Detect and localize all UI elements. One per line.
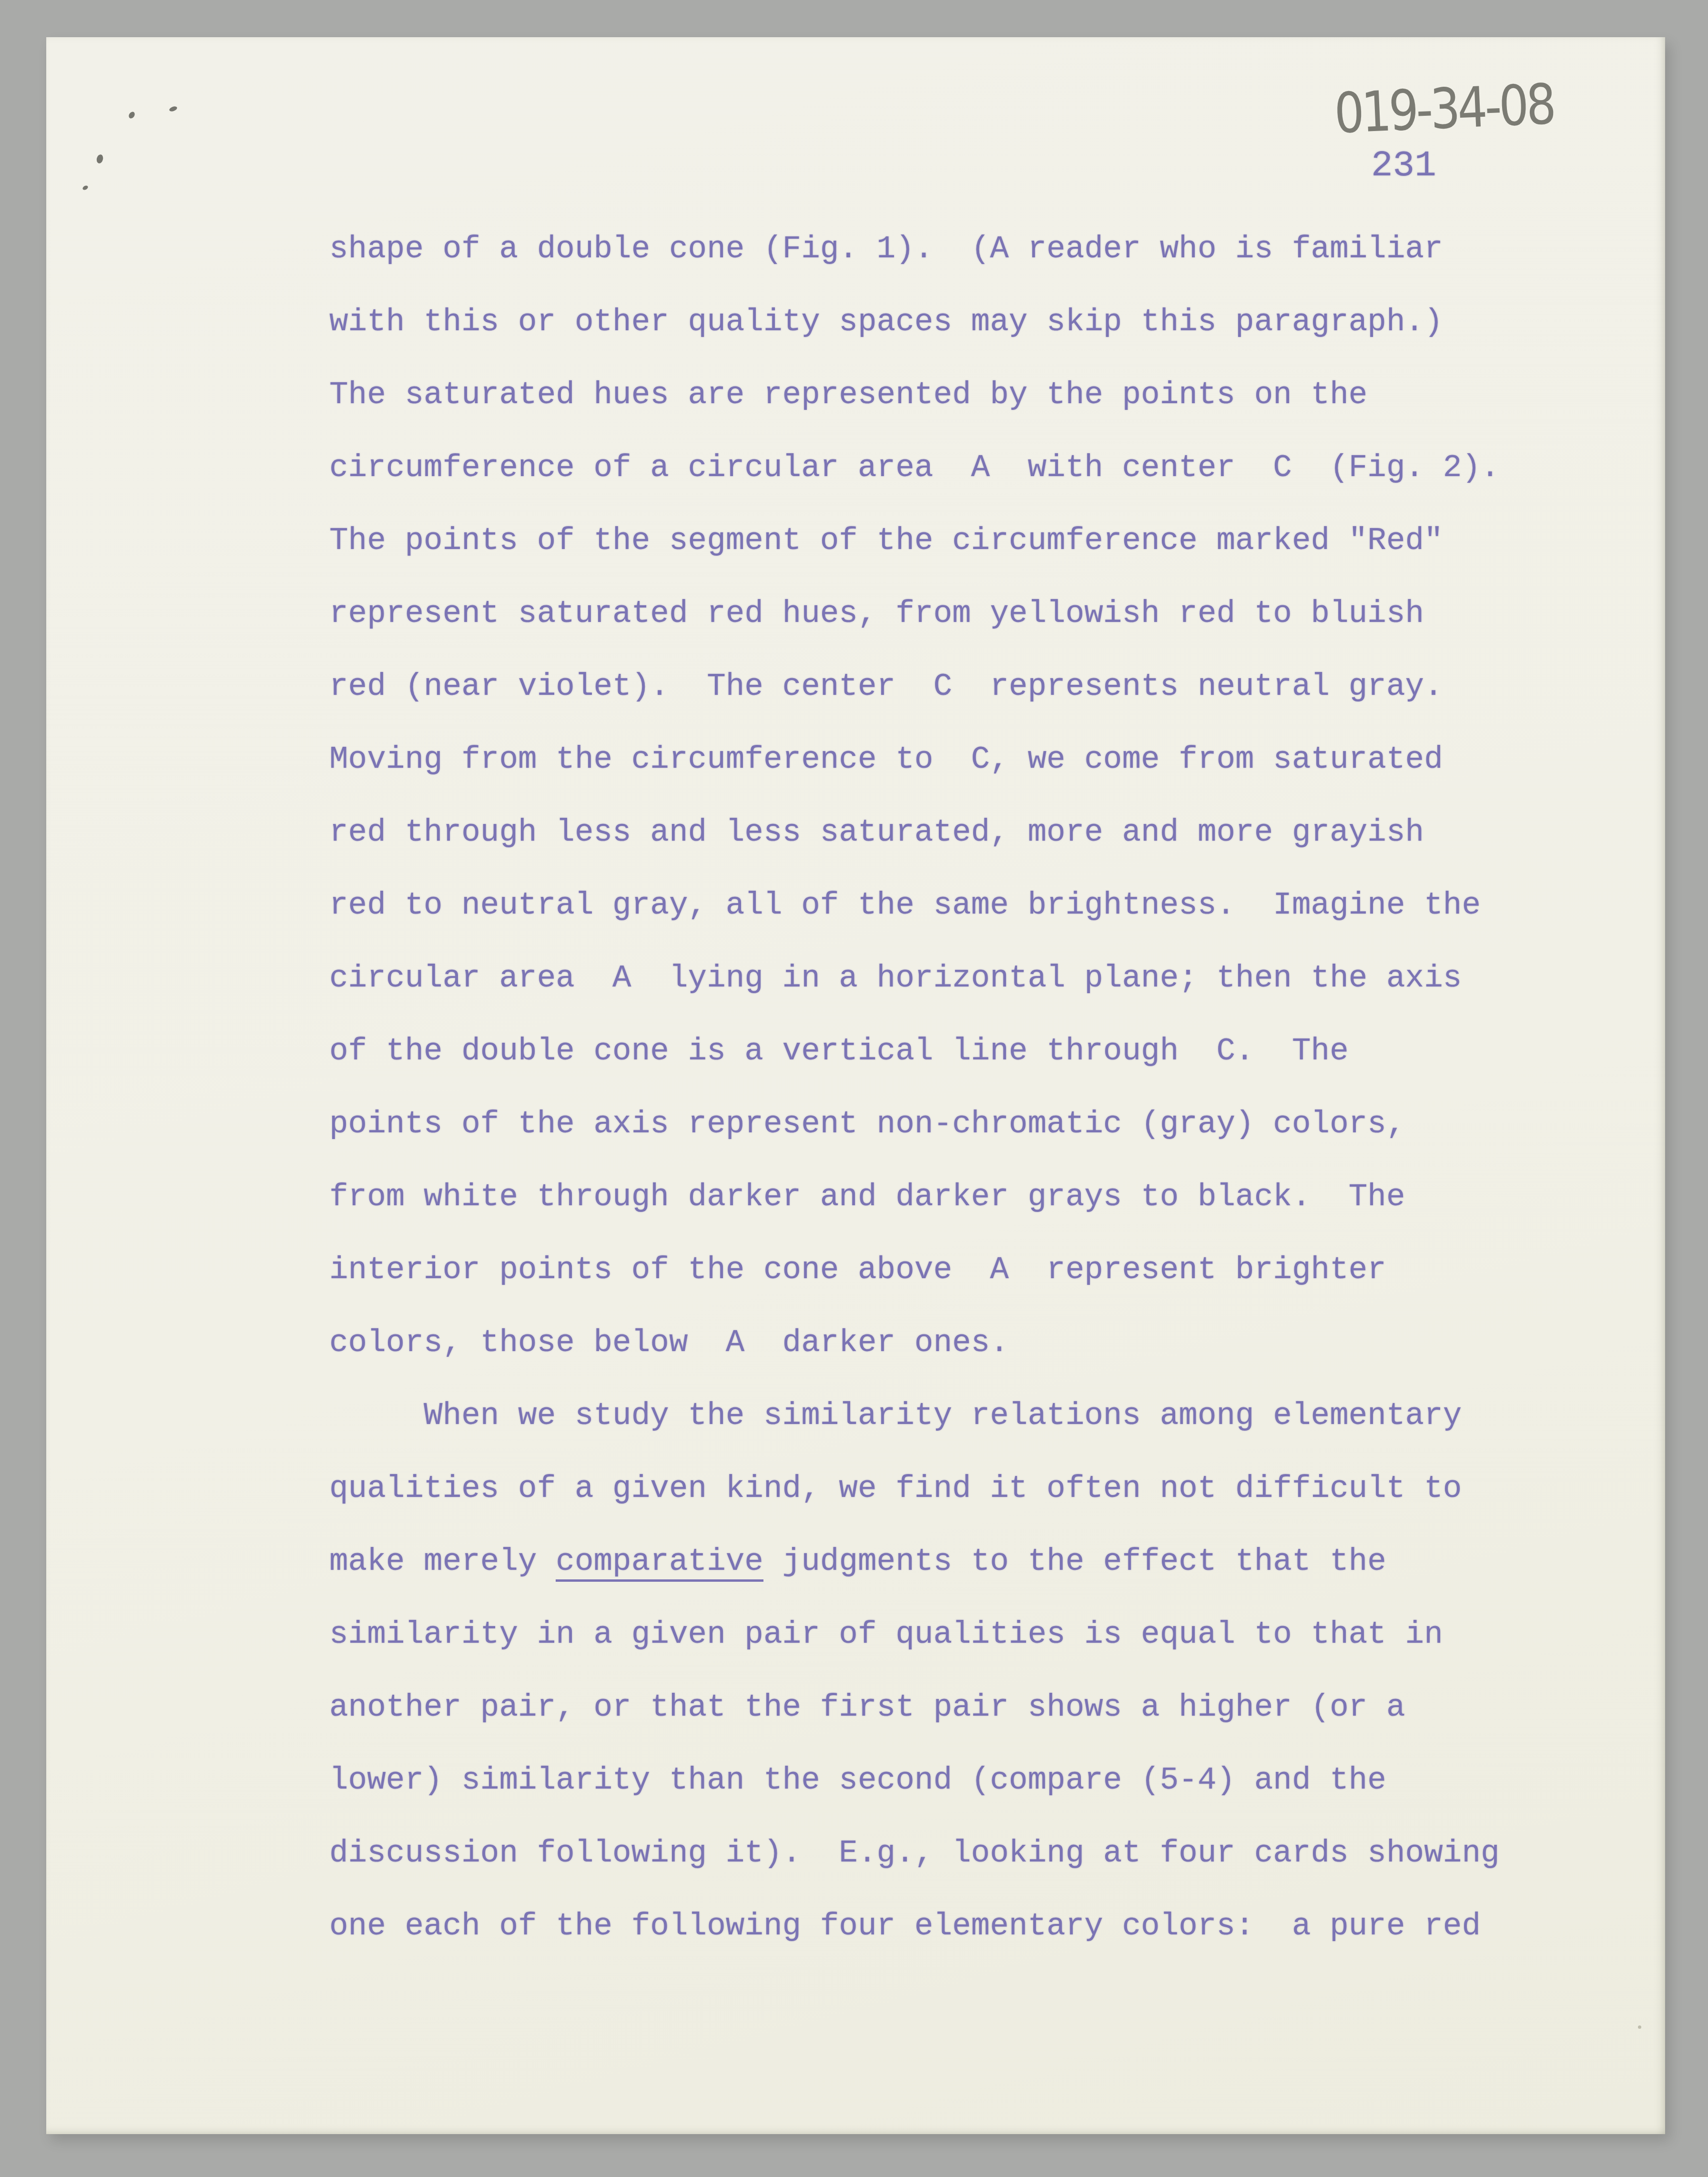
typed-line: qualities of a given kind, we find it of…	[329, 1452, 1500, 1525]
typed-text: red to neutral gray, all of the same bri…	[329, 887, 1481, 923]
typed-text: The saturated hues are represented by th…	[329, 377, 1367, 413]
manuscript-page: 019-34-08 231 shape of a double cone (Fi…	[46, 37, 1665, 2134]
typed-line: make merely comparative judgments to the…	[329, 1525, 1500, 1598]
ink-speck	[96, 154, 104, 164]
typed-text: with this or other quality spaces may sk…	[329, 304, 1443, 340]
typed-text: discussion following it). E.g., looking …	[329, 1835, 1500, 1871]
typed-line: circumference of a circular area A with …	[329, 431, 1500, 504]
typed-line: another pair, or that the first pair sho…	[329, 1671, 1500, 1744]
typed-line: represent saturated red hues, from yello…	[329, 577, 1500, 650]
typed-text: lower) similarity than the second (compa…	[329, 1762, 1386, 1798]
underlined-word: comparative	[556, 1544, 763, 1582]
typed-line: discussion following it). E.g., looking …	[329, 1817, 1500, 1890]
typed-line: with this or other quality spaces may sk…	[329, 285, 1500, 358]
typed-text: Moving from the circumference to C, we c…	[329, 742, 1443, 777]
typed-text: The points of the segment of the circumf…	[329, 523, 1443, 559]
typed-text: circular area A lying in a horizontal pl…	[329, 960, 1462, 996]
typed-line: interior points of the cone above A repr…	[329, 1233, 1500, 1306]
typed-line: points of the axis represent non-chromat…	[329, 1088, 1500, 1160]
typed-line: from white through darker and darker gra…	[329, 1160, 1500, 1233]
scan-background: { "page": { "annotation": "019-34-08", "…	[0, 0, 1708, 2177]
ink-speck	[82, 185, 89, 191]
typed-text: similarity in a given pair of qualities …	[329, 1617, 1443, 1652]
handwritten-archive-id: 019-34-08	[1333, 71, 1555, 146]
typed-text: red through less and less saturated, mor…	[329, 814, 1424, 850]
typed-text: judgments to the effect that the	[763, 1544, 1386, 1579]
typed-line: one each of the following four elementar…	[329, 1890, 1500, 1963]
typed-text: one each of the following four elementar…	[329, 1908, 1481, 1944]
typed-line: Moving from the circumference to C, we c…	[329, 723, 1500, 796]
typed-line: shape of a double cone (Fig. 1). (A read…	[329, 213, 1500, 285]
ink-speck	[128, 111, 136, 120]
typed-text: points of the axis represent non-chromat…	[329, 1106, 1405, 1142]
ink-speck	[169, 105, 178, 112]
typed-line: red through less and less saturated, mor…	[329, 796, 1500, 869]
typed-line: red to neutral gray, all of the same bri…	[329, 869, 1500, 942]
ink-speck	[1638, 2025, 1641, 2029]
typed-text: qualities of a given kind, we find it of…	[329, 1471, 1462, 1506]
typed-line: The points of the segment of the circumf…	[329, 504, 1500, 577]
typed-text: circumference of a circular area A with …	[329, 450, 1500, 486]
typed-text-block: shape of a double cone (Fig. 1). (A read…	[329, 213, 1500, 1963]
typed-line: colors, those below A darker ones.	[329, 1306, 1500, 1379]
typed-text: red (near violet). The center C represen…	[329, 669, 1443, 704]
typed-line: similarity in a given pair of qualities …	[329, 1598, 1500, 1671]
page-number: 231	[1371, 148, 1436, 184]
typed-text: another pair, or that the first pair sho…	[329, 1689, 1405, 1725]
typed-text: When we study the similarity relations a…	[329, 1398, 1462, 1434]
typed-line: circular area A lying in a horizontal pl…	[329, 942, 1500, 1015]
typed-line: The saturated hues are represented by th…	[329, 358, 1500, 431]
typed-text: make merely	[329, 1544, 556, 1579]
typed-text: from white through darker and darker gra…	[329, 1179, 1405, 1215]
typed-line: of the double cone is a vertical line th…	[329, 1015, 1500, 1088]
typed-text: shape of a double cone (Fig. 1). (A read…	[329, 231, 1443, 267]
typed-line: lower) similarity than the second (compa…	[329, 1744, 1500, 1817]
typed-text: interior points of the cone above A repr…	[329, 1252, 1386, 1288]
typed-line: red (near violet). The center C represen…	[329, 650, 1500, 723]
typed-line: When we study the similarity relations a…	[329, 1379, 1500, 1452]
typed-text: of the double cone is a vertical line th…	[329, 1033, 1349, 1069]
typed-text: represent saturated red hues, from yello…	[329, 596, 1424, 631]
typed-text: colors, those below A darker ones.	[329, 1325, 1009, 1361]
